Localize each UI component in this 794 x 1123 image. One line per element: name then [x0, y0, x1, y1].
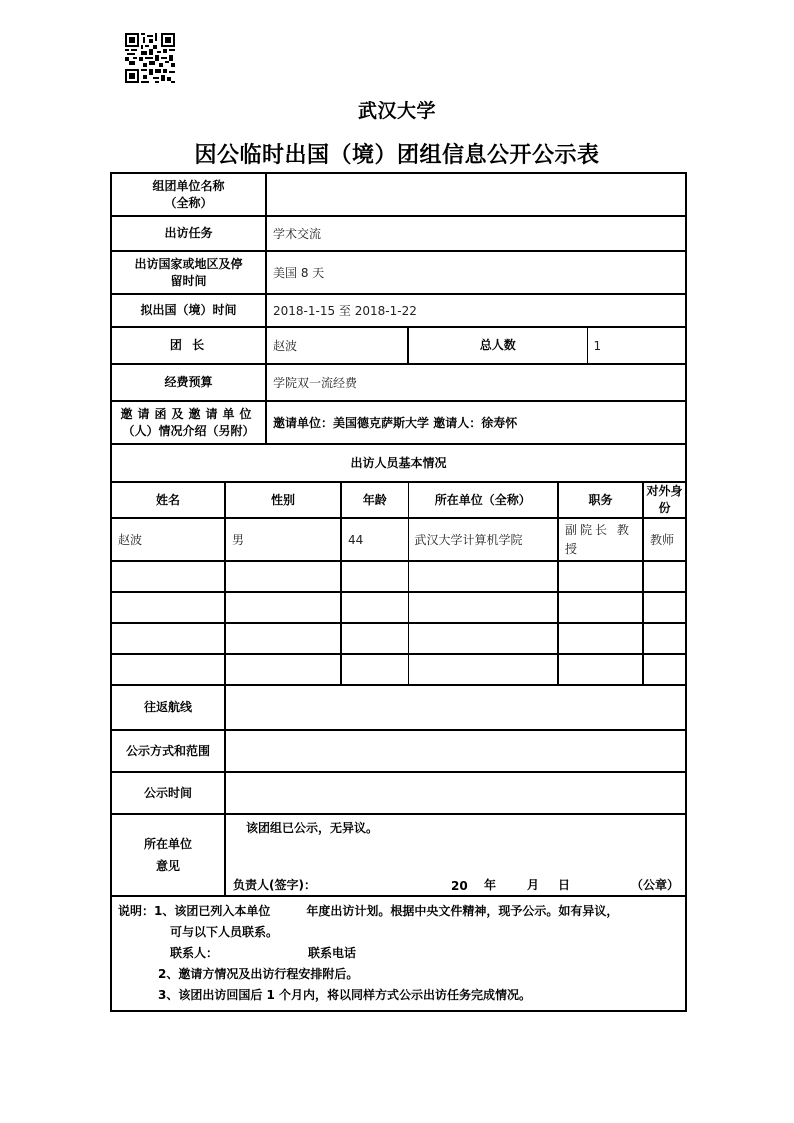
member-position[interactable]	[558, 561, 643, 592]
publicity-time-label: 公示时间	[111, 772, 225, 814]
member-row	[111, 592, 686, 623]
route-row: 往返航线	[111, 685, 686, 730]
leader-field[interactable]: 赵波	[266, 327, 408, 364]
member-identity[interactable]	[643, 592, 686, 623]
member-unit[interactable]	[408, 592, 558, 623]
member-unit[interactable]	[408, 654, 558, 685]
note-line-1: 说明：1、该团已列入本单位年度出访计划。根据中央文件精神，现予公示。如有异议，	[118, 901, 679, 922]
budget-field[interactable]: 学院双一流经费	[266, 364, 686, 401]
org-name-label: 组团单位名称 （全称）	[111, 173, 266, 216]
member-name[interactable]: 赵波	[111, 518, 225, 561]
publicity-time-field[interactable]	[225, 772, 686, 814]
members-header-row: 姓名 性别 年龄 所在单位（全称） 职务 对外身份	[111, 482, 686, 518]
col-header-gender: 性别	[225, 482, 341, 518]
member-unit[interactable]	[408, 623, 558, 654]
member-name[interactable]	[111, 592, 225, 623]
member-identity[interactable]	[643, 623, 686, 654]
member-row	[111, 561, 686, 592]
member-age[interactable]	[341, 623, 408, 654]
member-row	[111, 623, 686, 654]
col-header-name: 姓名	[111, 482, 225, 518]
month-label: 月	[527, 876, 539, 893]
col-header-unit: 所在单位（全称）	[408, 482, 558, 518]
qr-code-icon	[124, 33, 176, 83]
signature-label: 负责人(签字)：	[233, 876, 316, 893]
form-title: 因公临时出国（境）团组信息公开公示表	[0, 138, 794, 169]
total-label: 总人数	[408, 327, 587, 364]
mission-label: 出访任务	[111, 216, 266, 251]
leader-row: 团 长 赵波 总人数 1	[111, 327, 686, 364]
org-name-field[interactable]	[266, 173, 686, 216]
member-position[interactable]	[558, 623, 643, 654]
destination-row: 出访国家或地区及停 留时间 美国 8 天	[111, 251, 686, 294]
note-line-3: 联系人：联系电话	[118, 943, 679, 964]
members-section-row: 出访人员基本情况	[111, 444, 686, 482]
seal-label: （公章）	[631, 876, 679, 893]
member-identity[interactable]	[643, 561, 686, 592]
member-row: 赵波 男 44 武汉大学计算机学院 副院长 教授 教师	[111, 518, 686, 561]
opinion-label: 所在单位 意见	[111, 814, 225, 896]
leader-label: 团 长	[111, 327, 266, 364]
invitation-label: 邀请函及邀请单位 （人）情况介绍（另附）	[111, 401, 266, 444]
disclosure-form-table: 组团单位名称 （全称） 出访任务 学术交流 出访国家或地区及停 留时间 美国 8…	[110, 172, 687, 1012]
invitation-row: 邀请函及邀请单位 （人）情况介绍（另附） 邀请单位：美国德克萨斯大学 邀请人：徐…	[111, 401, 686, 444]
member-row	[111, 654, 686, 685]
total-field[interactable]: 1	[587, 327, 686, 364]
member-age[interactable]	[341, 654, 408, 685]
notes-block: 说明：1、该团已列入本单位年度出访计划。根据中央文件精神，现予公示。如有异议， …	[111, 896, 686, 1011]
member-gender[interactable]	[225, 654, 341, 685]
invitation-field[interactable]: 邀请单位：美国德克萨斯大学 邀请人：徐寿怀	[266, 401, 686, 444]
university-name: 武汉大学	[0, 96, 794, 123]
member-name[interactable]	[111, 654, 225, 685]
org-name-row: 组团单位名称 （全称）	[111, 173, 686, 216]
opinion-field[interactable]: 该团组已公示，无异议。 负责人(签字)： 20 年 月 日 （公章）	[225, 814, 686, 896]
member-position[interactable]	[558, 592, 643, 623]
method-row: 公示方式和范围	[111, 730, 686, 772]
mission-row: 出访任务 学术交流	[111, 216, 686, 251]
member-name[interactable]	[111, 623, 225, 654]
year-label: 年	[484, 876, 496, 893]
publicity-time-row: 公示时间	[111, 772, 686, 814]
member-age[interactable]	[341, 561, 408, 592]
departure-field[interactable]: 2018-1-15 至 2018-1-22	[266, 294, 686, 327]
destination-label: 出访国家或地区及停 留时间	[111, 251, 266, 294]
member-gender[interactable]	[225, 561, 341, 592]
departure-row: 拟出国（境）时间 2018-1-15 至 2018-1-22	[111, 294, 686, 327]
method-field[interactable]	[225, 730, 686, 772]
notes-row: 说明：1、该团已列入本单位年度出访计划。根据中央文件精神，现予公示。如有异议， …	[111, 896, 686, 1011]
member-gender[interactable]	[225, 592, 341, 623]
member-name[interactable]	[111, 561, 225, 592]
opinion-text: 该团组已公示，无异议。	[246, 819, 378, 836]
method-label: 公示方式和范围	[111, 730, 225, 772]
col-header-position: 职务	[558, 482, 643, 518]
member-unit[interactable]	[408, 561, 558, 592]
member-identity[interactable]: 教师	[643, 518, 686, 561]
route-label: 往返航线	[111, 685, 225, 730]
departure-label: 拟出国（境）时间	[111, 294, 266, 327]
member-age[interactable]	[341, 592, 408, 623]
opinion-row: 所在单位 意见 该团组已公示，无异议。 负责人(签字)： 20 年 月 日 （公…	[111, 814, 686, 896]
member-gender[interactable]	[225, 623, 341, 654]
member-unit[interactable]: 武汉大学计算机学院	[408, 518, 558, 561]
note-line-4: 2、邀请方情况及出访行程安排附后。	[118, 964, 679, 985]
member-gender[interactable]: 男	[225, 518, 341, 561]
members-section-title: 出访人员基本情况	[111, 444, 686, 482]
budget-label: 经费预算	[111, 364, 266, 401]
route-field[interactable]	[225, 685, 686, 730]
member-position[interactable]: 副院长 教授	[558, 518, 643, 561]
member-position[interactable]	[558, 654, 643, 685]
member-identity[interactable]	[643, 654, 686, 685]
col-header-identity: 对外身份	[643, 482, 686, 518]
note-line-5: 3、该团出访回国后 1 个月内，将以同样方式公示出访任务完成情况。	[118, 985, 679, 1006]
year-prefix: 20	[451, 879, 468, 893]
day-label: 日	[558, 876, 570, 893]
note-line-2: 可与以下人员联系。	[118, 922, 679, 943]
mission-field[interactable]: 学术交流	[266, 216, 686, 251]
member-age[interactable]: 44	[341, 518, 408, 561]
col-header-age: 年龄	[341, 482, 408, 518]
destination-field[interactable]: 美国 8 天	[266, 251, 686, 294]
budget-row: 经费预算 学院双一流经费	[111, 364, 686, 401]
